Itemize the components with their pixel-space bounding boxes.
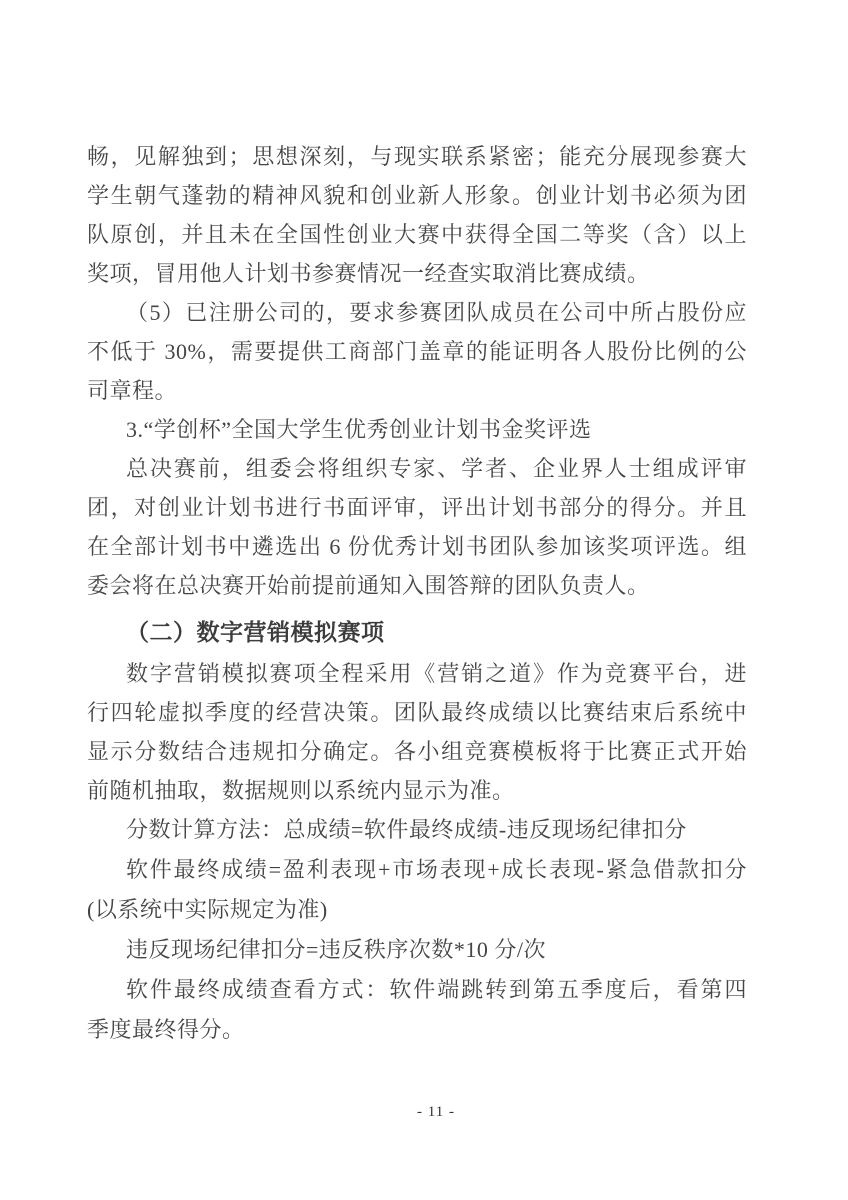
text-line: 在全部计划书中遴选出 6 份优秀计划书团队参加该奖项评选。组: [87, 527, 747, 566]
text-line: 队原创，并且未在全国性创业大赛中获得全国二等奖（含）以上: [87, 215, 747, 254]
text-line: 团，对创业计划书进行书面评审，评出计划书部分的得分。并且: [87, 488, 747, 527]
heading-digital-marketing-event: （二）数字营销模拟赛项: [87, 612, 747, 654]
text-line: 显示分数结合违规扣分确定。各小组竞赛模板将于比赛正式开始: [87, 732, 747, 771]
text-line: 违反现场纪律扣分=违反秩序次数*10 分/次: [87, 930, 747, 970]
text-line: 奖项，冒用他人计划书参赛情况一经查实取消比赛成绩。: [87, 254, 747, 293]
text-line: 司章程。: [87, 371, 747, 410]
para-software-score-formula: 软件最终成绩=盈利表现+市场表现+成长表现-紧急借款扣分 (以系统中实际规定为准…: [87, 850, 747, 930]
text-line: 数字营销模拟赛项全程采用《营销之道》作为竞赛平台，进: [87, 654, 747, 693]
text-line: 软件最终成绩=盈利表现+市场表现+成长表现-紧急借款扣分: [87, 850, 747, 890]
text-line: 行四轮虚拟季度的经营决策。团队最终成绩以比赛结束后系统中: [87, 693, 747, 732]
text-line: 前随机抽取，数据规则以系统内显示为准。: [87, 771, 747, 810]
text-line: 畅，见解独到；思想深刻，与现实联系紧密；能充分展现参赛大: [87, 137, 747, 176]
para-plan-originality: 畅，见解独到；思想深刻，与现实联系紧密；能充分展现参赛大 学生朝气蓬勃的精神风貌…: [87, 137, 747, 293]
text-line: (以系统中实际规定为准): [87, 890, 747, 930]
para-score-view-method: 软件最终成绩查看方式：软件端跳转到第五季度后，看第四 季度最终得分。: [87, 970, 747, 1050]
para-score-method: 分数计算方法：总成绩=软件最终成绩-违反现场纪律扣分: [87, 810, 747, 850]
text-line: 软件最终成绩查看方式：软件端跳转到第五季度后，看第四: [87, 970, 747, 1010]
text-line: 委会将在总决赛开始前提前通知入围答辩的团队负责人。: [87, 566, 747, 605]
para-registered-company: （5）已注册公司的，要求参赛团队成员在公司中所占股份应 不低于 30%，需要提供…: [87, 293, 747, 410]
para-discipline-deduction: 违反现场纪律扣分=违反秩序次数*10 分/次: [87, 930, 747, 970]
text-line: 季度最终得分。: [87, 1010, 747, 1050]
para-review-panel: 总决赛前，组委会将组织专家、学者、企业界人士组成评审 团，对创业计划书进行书面评…: [87, 449, 747, 605]
para-platform-overview: 数字营销模拟赛项全程采用《营销之道》作为竞赛平台，进 行四轮虚拟季度的经营决策。…: [87, 654, 747, 810]
text-line: 总决赛前，组委会将组织专家、学者、企业界人士组成评审: [87, 449, 747, 488]
item-gold-award-selection: 3.“学创杯”全国大学生优秀创业计划书金奖评选: [87, 410, 747, 449]
document-page: 畅，见解独到；思想深刻，与现实联系紧密；能充分展现参赛大 学生朝气蓬勃的精神风貌…: [0, 0, 848, 1200]
document-body: 畅，见解独到；思想深刻，与现实联系紧密；能充分展现参赛大 学生朝气蓬勃的精神风貌…: [87, 137, 747, 1050]
text-line: 不低于 30%，需要提供工商部门盖章的能证明各人股份比例的公: [87, 332, 747, 371]
text-line: 学生朝气蓬勃的精神风貌和创业新人形象。创业计划书必须为团: [87, 176, 747, 215]
text-line: 分数计算方法：总成绩=软件最终成绩-违反现场纪律扣分: [87, 810, 747, 850]
page-number: - 11 -: [0, 1104, 848, 1121]
section-heading: （二）数字营销模拟赛项: [87, 612, 747, 654]
numbered-item-text: 3.“学创杯”全国大学生优秀创业计划书金奖评选: [87, 410, 747, 449]
text-line: （5）已注册公司的，要求参赛团队成员在公司中所占股份应: [87, 293, 747, 332]
